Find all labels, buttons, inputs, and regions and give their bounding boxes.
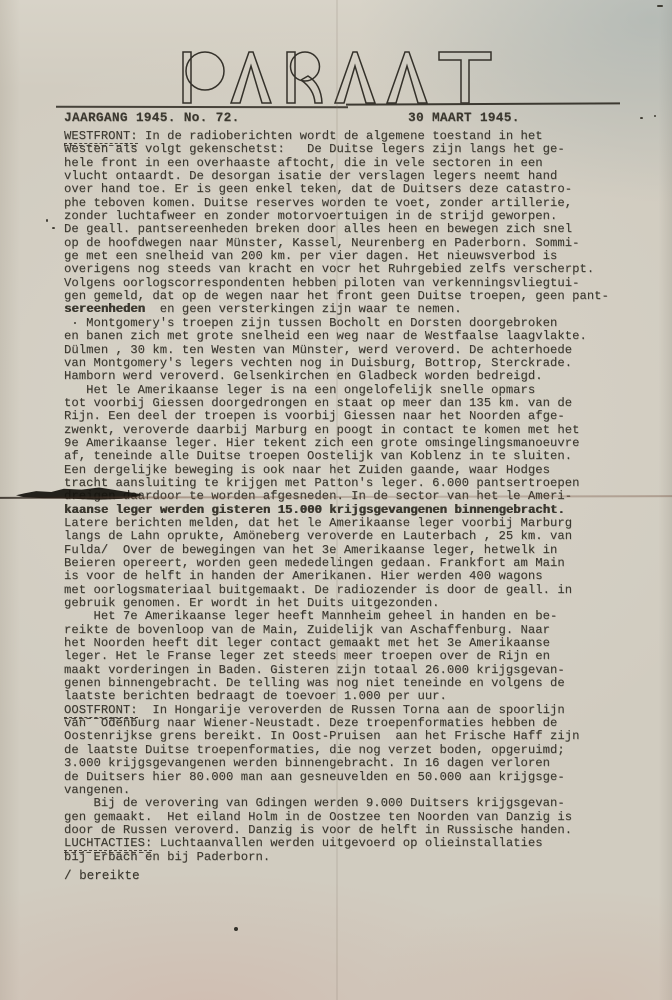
masthead-rule-left [56, 106, 348, 108]
vertical-fold-crease [336, 0, 338, 1000]
text-line: Bij de verovering van Gdingen werden 9.0… [64, 797, 660, 810]
text-line: van Montgomery's legers vechten nog in D… [64, 357, 660, 370]
text-line: sereenheden en geen versterkingen zijn w… [64, 303, 660, 316]
text-line: langs de Lahn oprukte, Amöneberg verover… [64, 530, 660, 543]
text-line: hele front in een overhaaste aftocht, di… [64, 157, 660, 170]
text-line: gen gemeld, dat op de wegen naar het fro… [64, 290, 660, 303]
scanned-newsletter-page: PARAAT JAARGANG 1945. No. 72. 30 MAART 1… [0, 0, 672, 1000]
text-line: Dülmen , 30 km. ten Westen van Münster, … [64, 344, 660, 357]
text-line: LUCHTACTIES: Luchtaanvallen werden uitge… [64, 837, 660, 850]
text-line: reikte de bovenloop van de Main, Zuideli… [64, 624, 660, 637]
text-line: tracht aansluiting te krijgen met Patton… [64, 477, 660, 490]
text-line: Volgens oorlogscorrespondenten hebben pi… [64, 277, 660, 290]
issue-number: JAARGANG 1945. No. 72. [64, 110, 240, 125]
text-line: bij Erbach en bij Paderborn. [64, 851, 660, 864]
text-line: 3.000 krijgsgevangenen werden binnengebr… [64, 757, 660, 770]
text-line: Hamborn werd veroverd. Gelsenkirchen en … [64, 370, 660, 383]
text-line: de laatste Duitse troepenformaties, die … [64, 744, 660, 757]
text-line: genen binnengebracht. De telling was nog… [64, 677, 660, 690]
text-line: Fulda/ Over de bewegingen van het 3e Ame… [64, 544, 660, 557]
paper-speck [74, 322, 76, 324]
paper-speck [640, 117, 643, 119]
issue-date: 30 MAART 1945. [408, 110, 520, 125]
text-line: WESTFRONT: In de radioberichten wordt de… [64, 130, 660, 143]
text-line: Een dergelijke beweging is ook naar het … [64, 464, 660, 477]
paper-speck [234, 927, 238, 931]
text-line: maakt vorderingen in Baden. Gisteren zij… [64, 664, 660, 677]
text-line: de Duitsers hier 80.000 man aan gesneuve… [64, 771, 660, 784]
text-line: vlucht ontaardt. De desorgan isatie der … [64, 170, 660, 183]
text-line: door de Russen veroverd. Danzig is voor … [64, 824, 660, 837]
text-line: Het 7e Amerikaanse leger heeft Mannheim … [64, 610, 660, 623]
paper-speck [654, 115, 656, 117]
text-line: leger. Het le Franse leger zet steeds me… [64, 650, 660, 663]
text-line: Latere berichten melden, dat het le Amer… [64, 517, 660, 530]
text-line: vangenen. [64, 784, 660, 797]
masthead-title: PARAAT [177, 49, 509, 107]
text-line: zwenkt, veroverde daarbij Marburg en poo… [64, 424, 660, 437]
text-line: phe teboven komen. Duitse reserves worde… [64, 197, 660, 210]
paper-speck [46, 219, 48, 222]
text-line: over hand toe. Er is geen enkel teken, d… [64, 183, 660, 196]
paper-speck [52, 227, 55, 229]
text-line: De geall. pantsereenheden breken door al… [64, 223, 660, 236]
text-line: Rijn. Een deel der troepen is voorbij Gi… [64, 410, 660, 423]
text-line: van Odenburg naar Wiener-Neustadt. Deze … [64, 717, 660, 730]
text-line: Het le Amerikaanse leger is na een ongel… [64, 384, 660, 397]
text-line: zonder luchtafweer en zonder motorvoertu… [64, 210, 660, 223]
text-line: Westen als volgt gekenschetst: De Duitse… [64, 143, 660, 156]
text-line: OOSTFRONT: In Hongarije veroverden de Ru… [64, 704, 660, 717]
text-line: overigens nog steeds van kracht en vocr … [64, 263, 660, 276]
text-line: het Noorden heeft dit leger contact gema… [64, 637, 660, 650]
text-line: tot voorbij Giessen doorgedrongen en sta… [64, 397, 660, 410]
text-line: met oorlogsmateriaal buitgemaakt. De rad… [64, 584, 660, 597]
correction-note: / bereikte [64, 869, 140, 883]
paper-speck [657, 5, 663, 7]
text-line: gebruik genomen. Er wordt in het Duits u… [64, 597, 660, 610]
text-line: af, teneinde alle Duitse troepen Oosteli… [64, 450, 660, 463]
text-line: laatste berichten bedraagt de toevoer 1.… [64, 690, 660, 703]
text-line: kaanse leger werden gisteren 15.000 krij… [64, 504, 660, 517]
text-line: Beieren opereert, worden geen mededeling… [64, 557, 660, 570]
text-line: ge met een snelheid van 200 km. per vier… [64, 250, 660, 263]
text-line: en banen zich met grote snelheid een weg… [64, 330, 660, 343]
text-line: gen gemaakt. Het eiland Holm in de Oostz… [64, 811, 660, 824]
text-line: Oostenrijkse grens bereikt. In Oost-Prui… [64, 730, 660, 743]
text-line: is voor de helft in handen der Amerikane… [64, 570, 660, 583]
text-line: Montgomery's troepen zijn tussen Bocholt… [64, 317, 660, 330]
text-line: 9e Amerikaanse leger. Hier tekent zich e… [64, 437, 660, 450]
text-line: op de hoofdwegen naar Münster, Kassel, N… [64, 237, 660, 250]
